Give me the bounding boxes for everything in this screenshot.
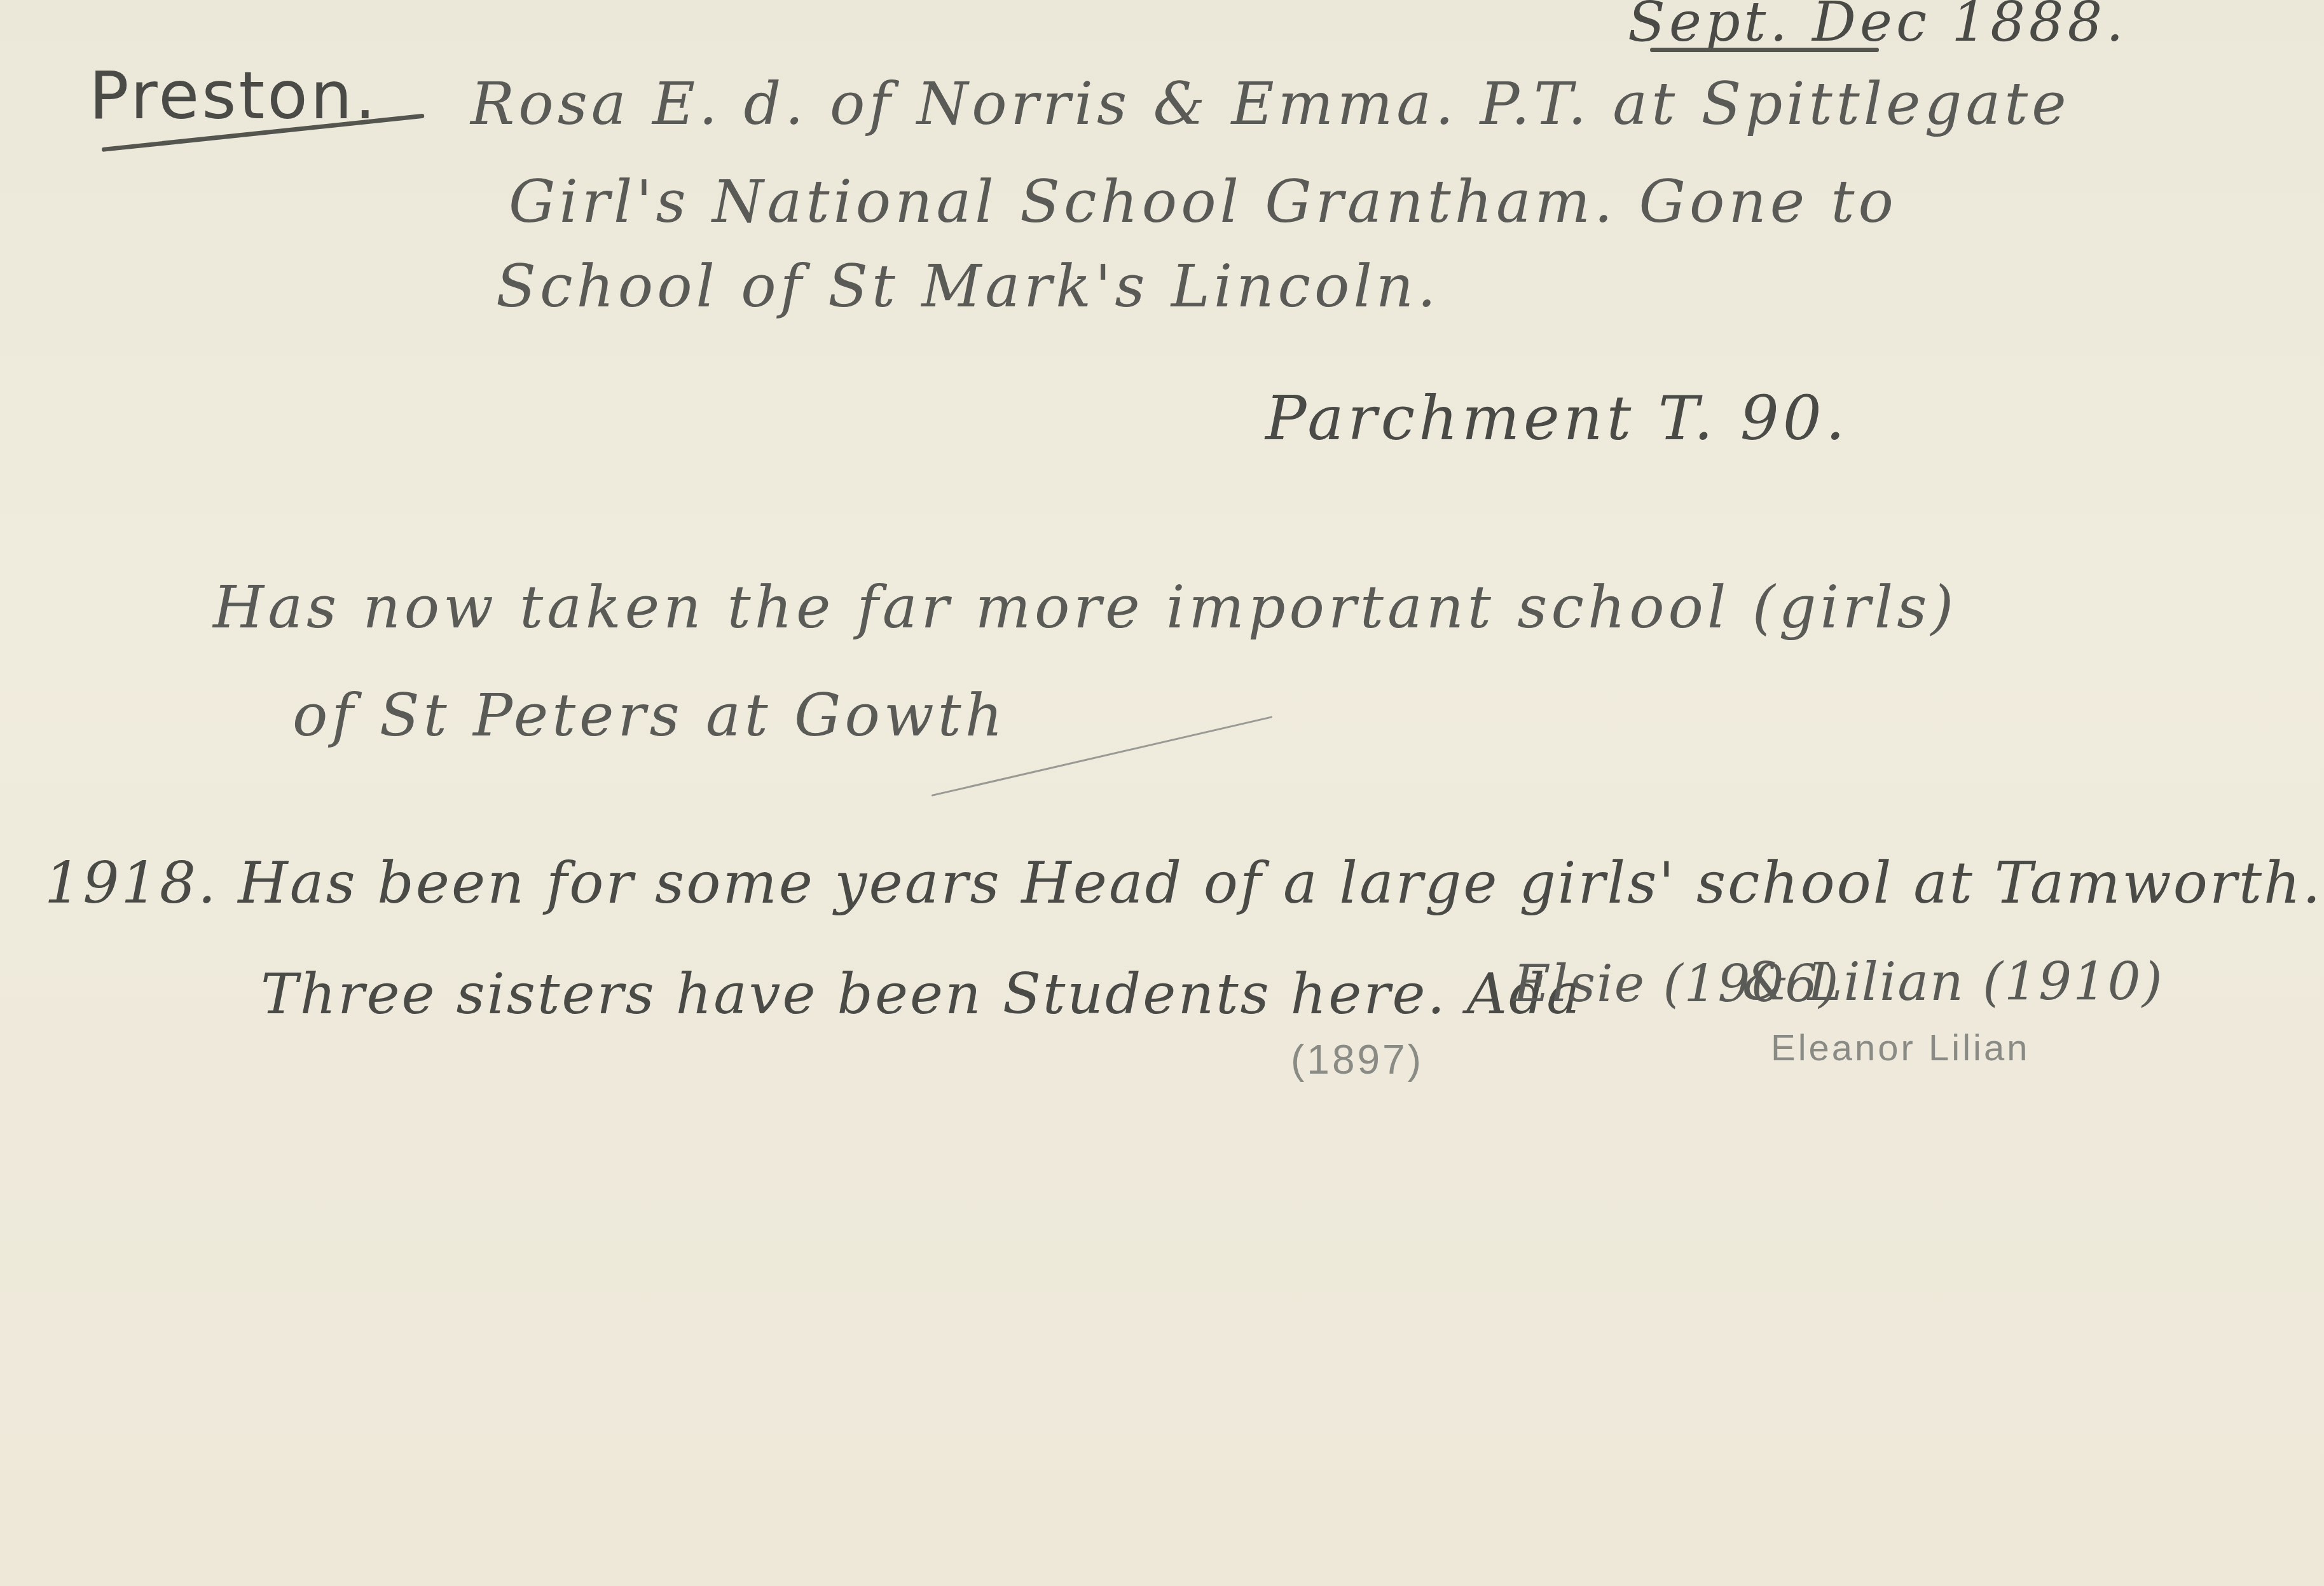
date-header-underline xyxy=(1650,48,1879,52)
entry-line-1: Rosa E. d. of Norris & Emma. P.T. at Spi… xyxy=(471,75,2070,133)
entry-line-3: School of St Mark's Lincoln. xyxy=(496,257,1440,316)
record-card: Sept. Dec 1888. Preston. Rosa E. d. of N… xyxy=(0,0,2324,1586)
entry-line-2: Girl's National School Grantham. Gone to xyxy=(509,173,1897,231)
sister-lilian: & Lilian (1910) xyxy=(1742,957,2164,1009)
note-1918-line-1: 1918. Has been for some years Head of a … xyxy=(45,855,2323,912)
later-note-line-1: Has now taken the far more important sch… xyxy=(213,578,1957,637)
surname: Preston. xyxy=(89,62,378,128)
pencil-name-annotation: Eleanor Lilian xyxy=(1771,1030,2030,1067)
note-1918-line-2: Three sisters have been Students here. A… xyxy=(261,966,1582,1022)
parchment-note: Parchment T. 90. xyxy=(1265,388,1848,449)
date-header: Sept. Dec 1888. xyxy=(1628,0,2128,50)
ada-year-annotation: (1897) xyxy=(1291,1039,1424,1080)
later-note-line-2: of St Peters at Gowth xyxy=(292,687,1007,745)
